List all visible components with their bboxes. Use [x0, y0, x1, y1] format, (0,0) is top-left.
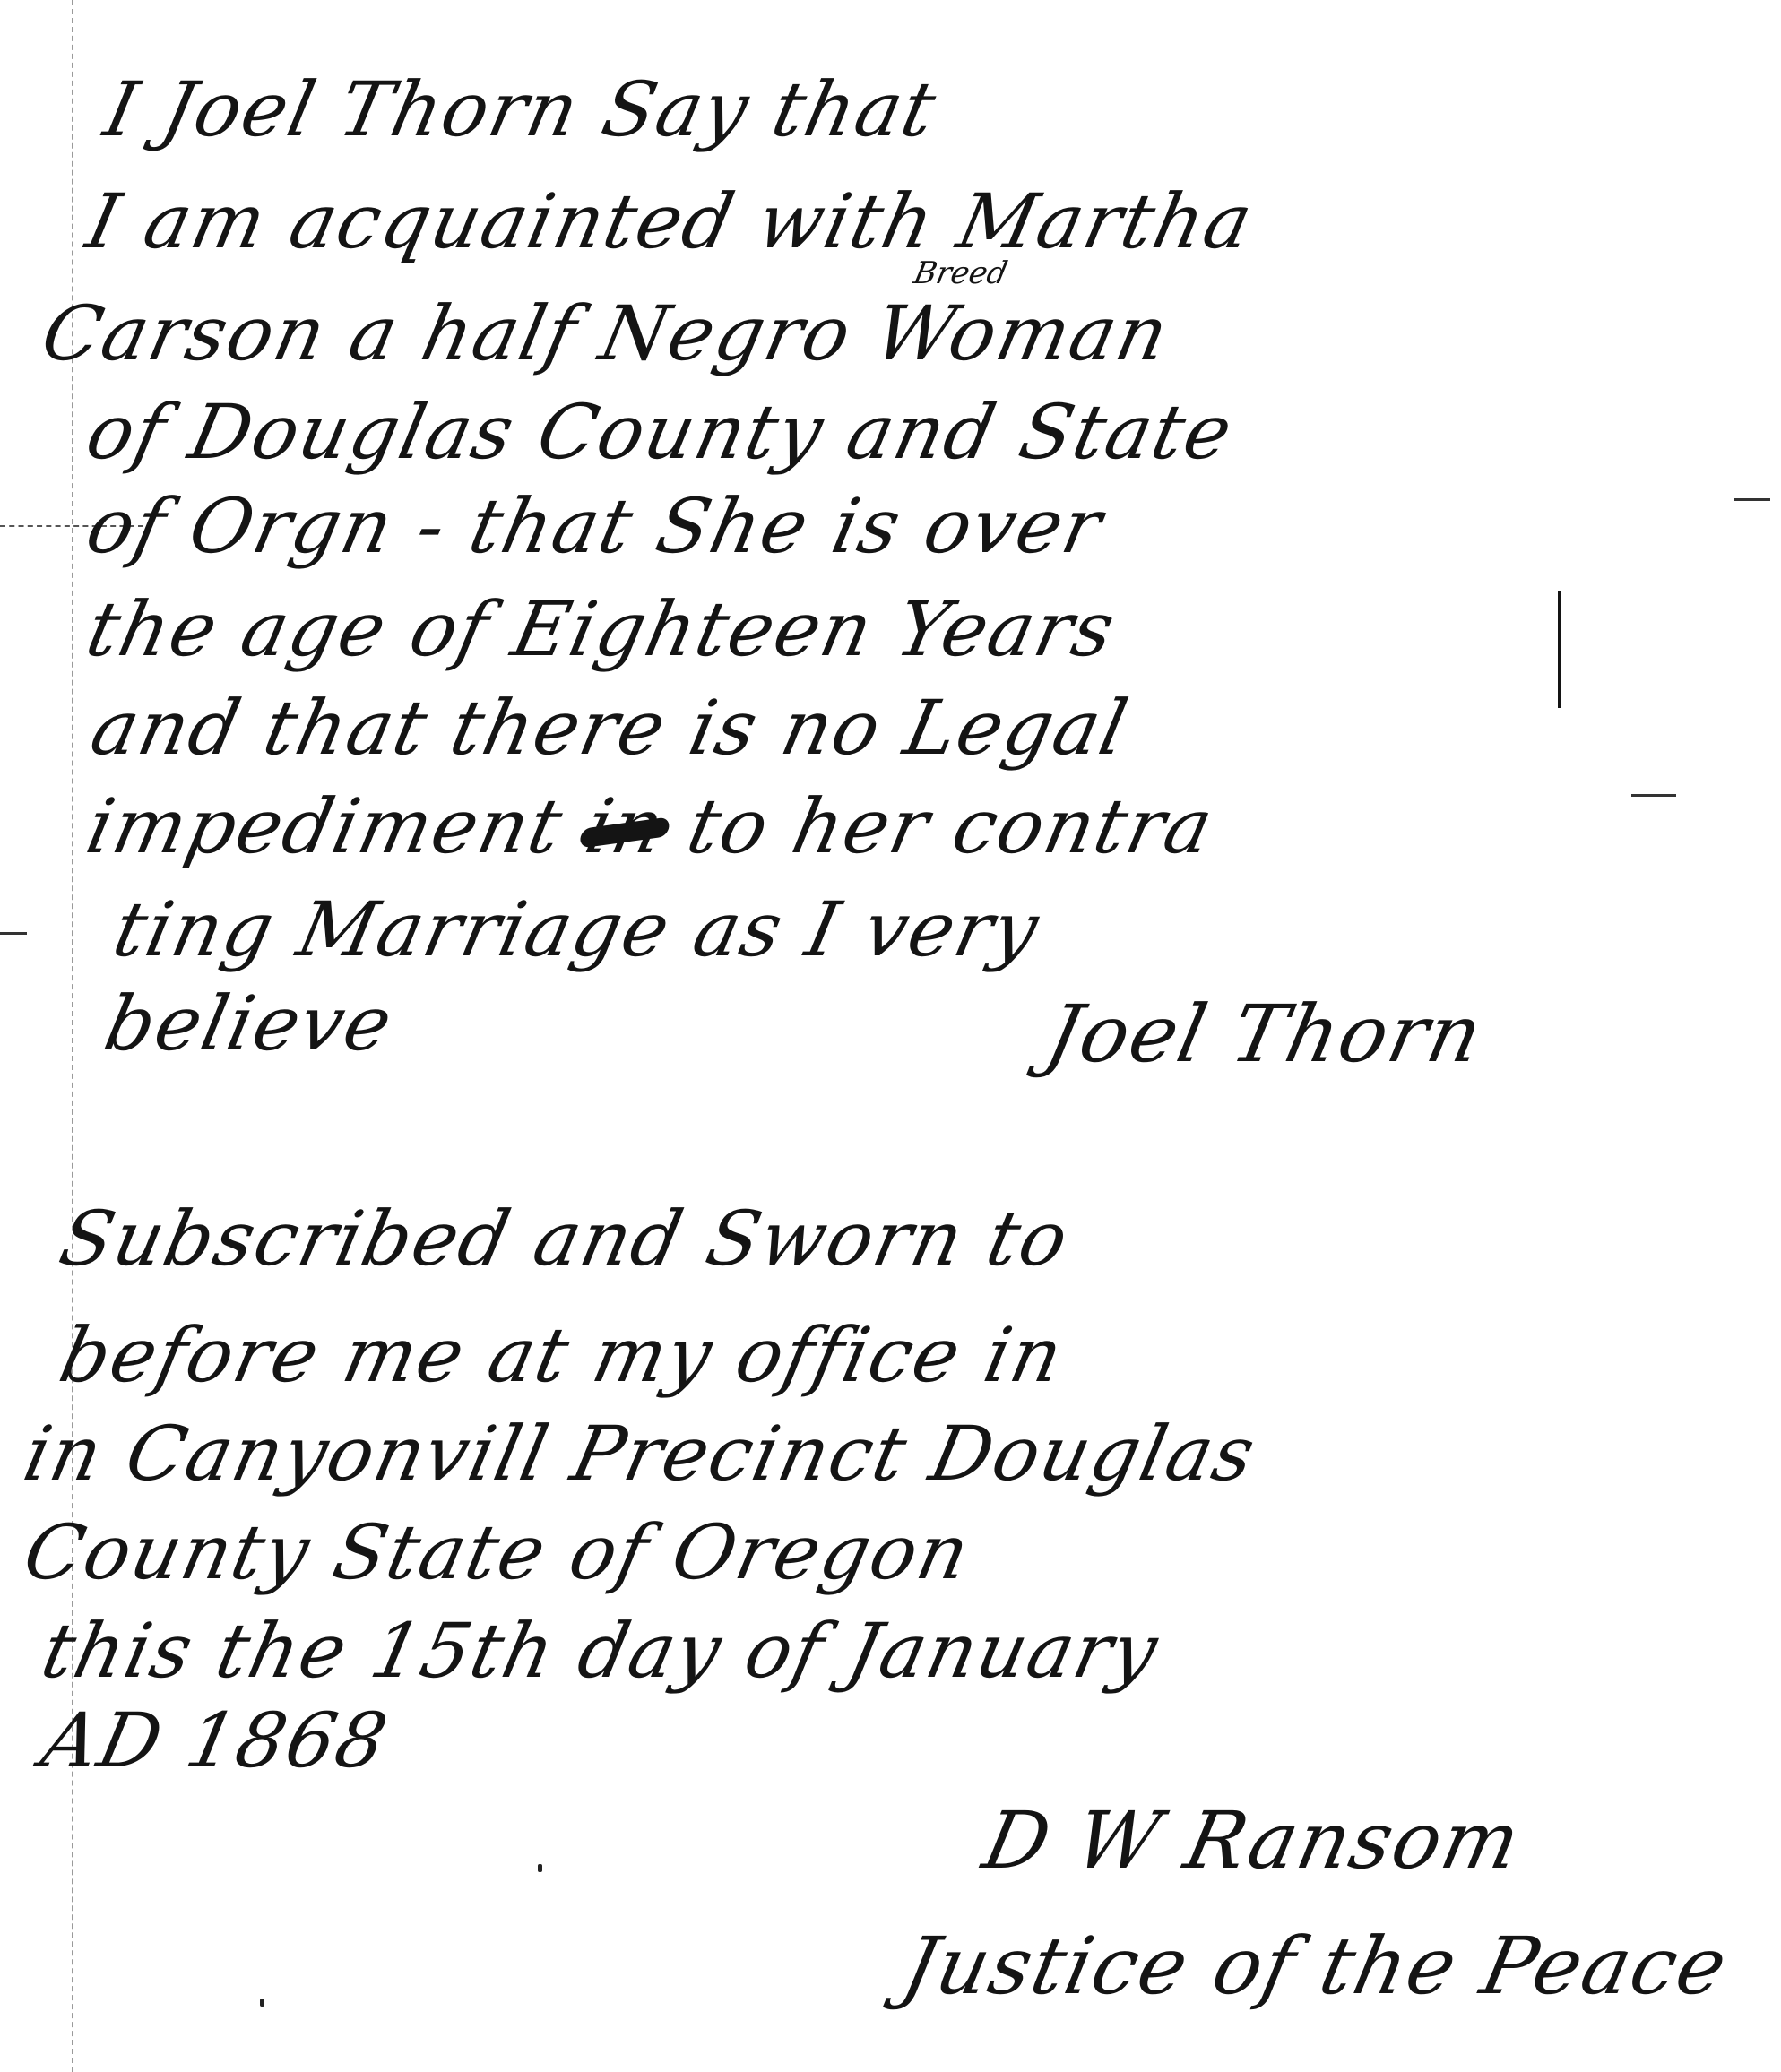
jurat-line-4: County State of Oregon — [18, 1515, 977, 1590]
scanned-document-page: I Joel Thorn Say that I am acquainted wi… — [0, 0, 1781, 2072]
jurat-line-2: before me at my office in — [54, 1317, 1070, 1393]
officer-signature: D W Ransom — [977, 1801, 1528, 1880]
interlinear-insertion: Breed — [911, 255, 1011, 291]
affidavit-line-7: and that there is no Legal — [85, 690, 1135, 765]
affidavit-line-4: of Douglas County and State — [81, 394, 1240, 470]
struck-out-word: in — [580, 789, 672, 864]
ink-speck — [260, 1999, 264, 2007]
affidavit-line-8-rest: to her contra — [680, 782, 1222, 870]
margin-tick — [1734, 498, 1770, 501]
affidavit-line-9: ting Marriage as I very — [108, 892, 1046, 967]
affidavit-line-10: believe — [99, 986, 400, 1061]
jurat-line-5: this the 15th day of January — [36, 1613, 1165, 1688]
ink-speck — [538, 1864, 542, 1872]
margin-bracket — [1558, 591, 1561, 708]
officer-title: Justice of the Peace — [896, 1927, 1734, 2006]
jurat-line-1: Subscribed and Sworn to — [54, 1201, 1076, 1276]
jurat-line-6: AD 1868 — [36, 1703, 394, 1778]
margin-tick — [0, 932, 27, 935]
affidavit-line-6: the age of Eighteen Years — [81, 591, 1122, 667]
affidavit-line-3: Carson a half Negro Woman — [36, 296, 1176, 371]
affidavit-line-5: of Orgn - that She is over — [81, 488, 1110, 564]
affiant-signature: Joel Thorn — [1040, 995, 1490, 1074]
impediment-word: impediment — [80, 782, 572, 870]
jurat-line-3: in Canyonvill Precinct Douglas — [18, 1416, 1263, 1491]
margin-tick — [1631, 794, 1676, 797]
affidavit-line-2: I am acquainted with Martha — [81, 184, 1260, 259]
affidavit-line-1: I Joel Thorn Say that — [99, 72, 943, 147]
affidavit-line-8: impediment in to her contra — [81, 789, 1220, 864]
